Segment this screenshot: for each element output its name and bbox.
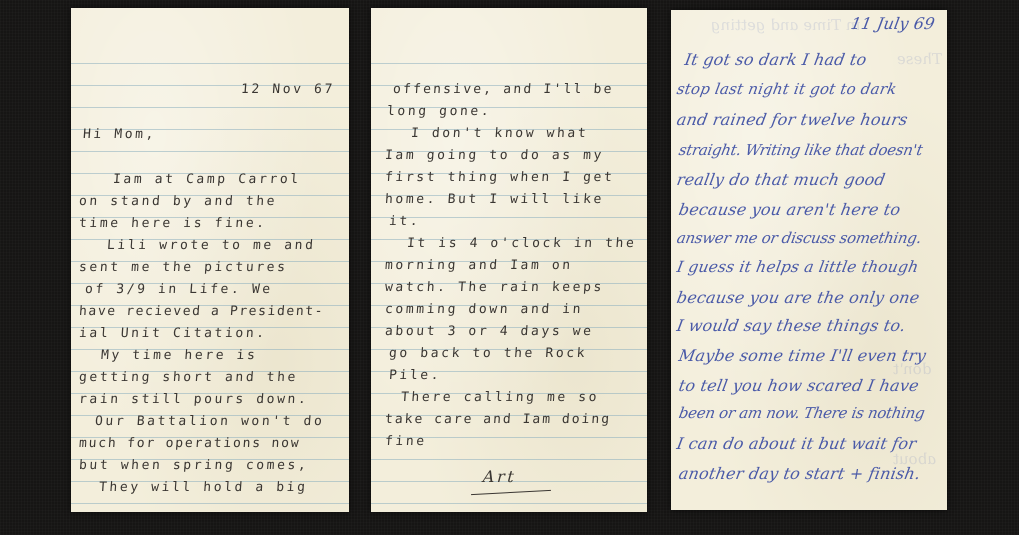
letter-1-date: 12 Nov 67 [241,82,336,97]
letter-2-line: Pile. [388,368,441,383]
letter-3-line: really do that much good [675,170,887,189]
bleed-through-text: These [896,50,944,68]
letter-2-line: long gone. [386,104,491,119]
letter-2-line: morning and Iam on [384,258,573,273]
letter-2-line: take care and Iam doing [384,412,611,427]
letter-2-line: Iam going to do as my [384,148,604,163]
letter-3-line: Maybe some time I'll even try [677,346,927,365]
letter-3-line: straight. Writing like that doesn't [677,141,923,159]
letter-2-line: comming down and in [384,302,583,317]
letter-1-line: on stand by and the [78,194,277,209]
letter-1-line: getting short and the [78,370,298,385]
bleed-through-text: in Time and getting [710,16,862,34]
letter-1-line: ial Unit Citation. [78,326,267,341]
letter-2-line: it. [388,214,420,229]
letter-page-2: offensive, and I'll be long gone. I don'… [371,8,647,512]
letter-page-1: 12 Nov 67 Hi Mom, Iam at Camp Carrol on … [71,8,349,512]
letter-1-line: Our Battalion won't do [94,414,324,429]
letter-1-line: time here is fine. [78,216,267,231]
letter-3-line: I guess it helps a little though [675,258,920,276]
letter-3-line: another day to start + finish. [677,464,922,483]
letter-2-line: It is 4 o'clock in the [406,236,636,251]
letter-2-line: first thing when I get [384,170,614,185]
letter-3-line: and rained for twelve hours [675,110,909,129]
letter-1-line: of 3/9 in Life. We [84,282,273,297]
letter-1-line: much for operations now [78,436,300,451]
letter-1-line: sent me the pictures [78,260,288,275]
letter-3-line: to tell you how scared I have [677,376,920,395]
letter-3-date: 11 July 69 [850,14,937,33]
letter-2-line: I don't know what [410,126,588,141]
letter-2-line: offensive, and I'll be [392,82,614,97]
letter-1-line: They will hold a big [98,480,308,495]
letter-2-line: home. But I will like [384,192,604,207]
letter-3-line: because you aren't here to [677,200,902,219]
letter-1-line: Iam at Camp Carrol [112,172,301,187]
letter-1-line: Lili wrote to me and [106,238,316,253]
letter-3-line: answer me or discuss something. [675,229,922,247]
letter-1-greeting: Hi Mom, [82,127,156,142]
letter-3-line: It got so dark I had to [683,50,868,69]
letter-3-line: I would say these things to. [675,316,907,335]
letter-2-line: about 3 or 4 days we [384,324,594,339]
letter-1-line: My time here is [100,348,257,363]
letter-1-line: rain still pours down. [78,392,308,407]
letter-1-line: but when spring comes, [78,458,308,473]
letter-3-line: I can do about it but wait for [675,434,918,453]
letter-3-line: because you are the only one [675,288,921,307]
letter-1-line: have recieved a President- [78,304,324,319]
letter-3-line: been or am now. There is nothing [677,404,926,422]
letter-2-line: watch. The rain keeps [384,280,604,295]
letter-2-line: There calling me so [400,390,599,405]
signature-underline [471,490,551,495]
letter-2-signature: Art [482,467,517,486]
letter-2-line: go back to the Rock [388,346,587,361]
letter-3-line: stop last night it got to dark [675,80,898,98]
letter-2-line: fine [384,434,427,449]
letter-page-3: in Time and getting These don't about 11… [671,10,947,510]
